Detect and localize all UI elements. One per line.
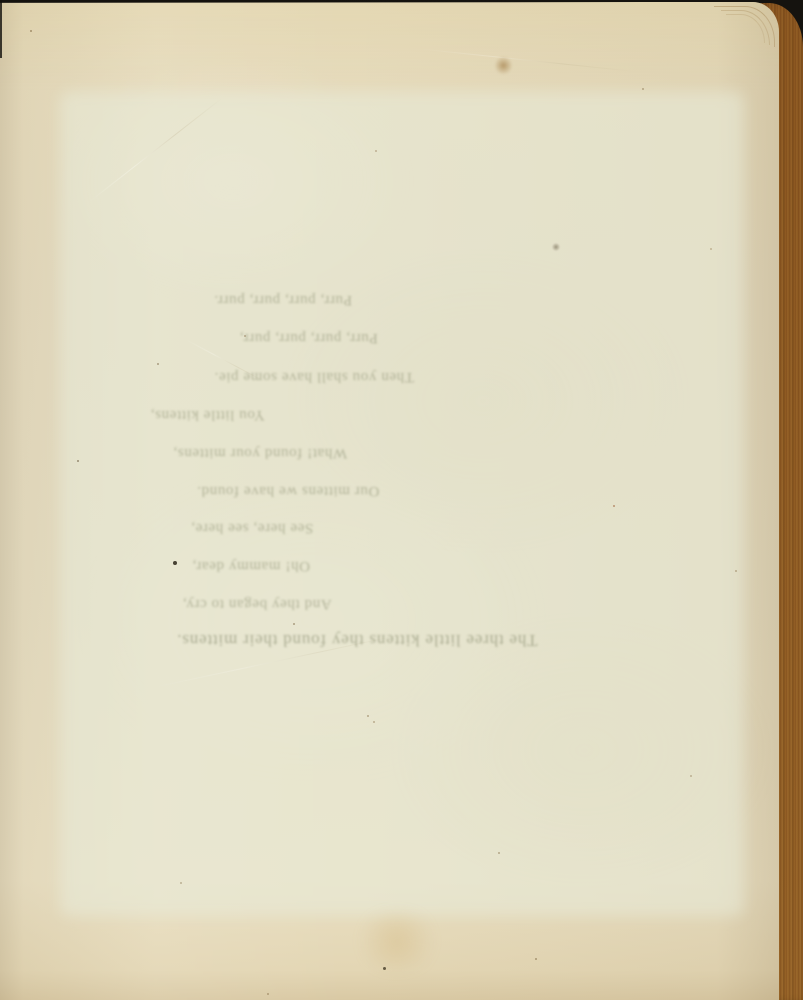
brown-stain [495, 56, 512, 75]
book-page-photo: Purr, purr, purr, purr. Purr, purr, purr… [0, 0, 803, 1000]
ghost-text-line: Oh! mammy dear, [194, 557, 310, 574]
ghost-text-line: Purr, purr, purr, purr. [222, 291, 352, 308]
ink-speck [383, 967, 386, 970]
ghost-text-line: Our mittens we have found. [196, 482, 380, 499]
ghost-text-line: Purr, purr, purr, purr, [226, 329, 391, 346]
show-through-panel [60, 92, 744, 916]
ghost-text-line: You little kittens, [150, 406, 265, 423]
ink-speck [173, 561, 177, 565]
paper-speckles [30, 30, 32, 32]
ghost-text-line: What! found your mittens, [156, 444, 364, 461]
ghost-text-line: Then you shall have some pie. [200, 368, 428, 385]
photo-background-edge [0, 0, 640, 3]
ghost-text-line: The three little kittens they found thei… [128, 630, 586, 650]
ghost-text-line: And they began to cry, [178, 595, 336, 612]
bottom-stain [352, 912, 442, 970]
ghost-text-line: See here, see here, [188, 519, 316, 536]
foxing-spot [552, 243, 560, 251]
photo-background-edge [0, 0, 2, 58]
